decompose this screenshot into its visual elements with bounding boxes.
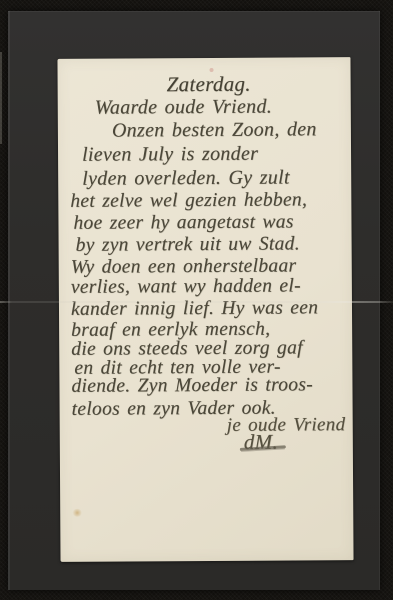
letter-line-dateline: Zaterdag. (167, 74, 251, 96)
photo-background: Zaterdag. Waarde oude Vriend. Onzen best… (0, 0, 393, 600)
letter-line-body: het zelve wel gezien hebben, (70, 190, 307, 211)
letter-line-salutation: Waarde oude Vriend. (95, 97, 272, 118)
mat-board: Zaterdag. Waarde oude Vriend. Onzen best… (8, 11, 380, 590)
letter-line-body: lieven July is zonder (82, 144, 258, 165)
letter-line-body: kander innig lief. Hy was een (71, 298, 318, 319)
fabric-edge-highlight (0, 52, 2, 144)
letter-line-body: lyden overleden. Gy zult (82, 167, 290, 188)
paper-speck (210, 68, 214, 72)
letter-line-body: hoe zeer hy aangetast was (73, 212, 293, 233)
letter-line-body: diende. Zyn Moeder is troos- (71, 375, 313, 396)
letter-line-body: verlies, want wy hadden el- (71, 276, 301, 297)
letter-line-body: Wy doen een onherstelbaar (71, 256, 297, 277)
letter-paper: Zaterdag. Waarde oude Vriend. Onzen best… (57, 57, 353, 562)
letter-line-body: by zyn vertrek uit uw Stad. (76, 234, 300, 255)
letter-line-body: Onzen besten Zoon, den (112, 119, 317, 140)
screenshot-root: { "letter": { "lines": [ {"role": "datel… (0, 0, 393, 600)
foxing-spot (72, 509, 82, 517)
